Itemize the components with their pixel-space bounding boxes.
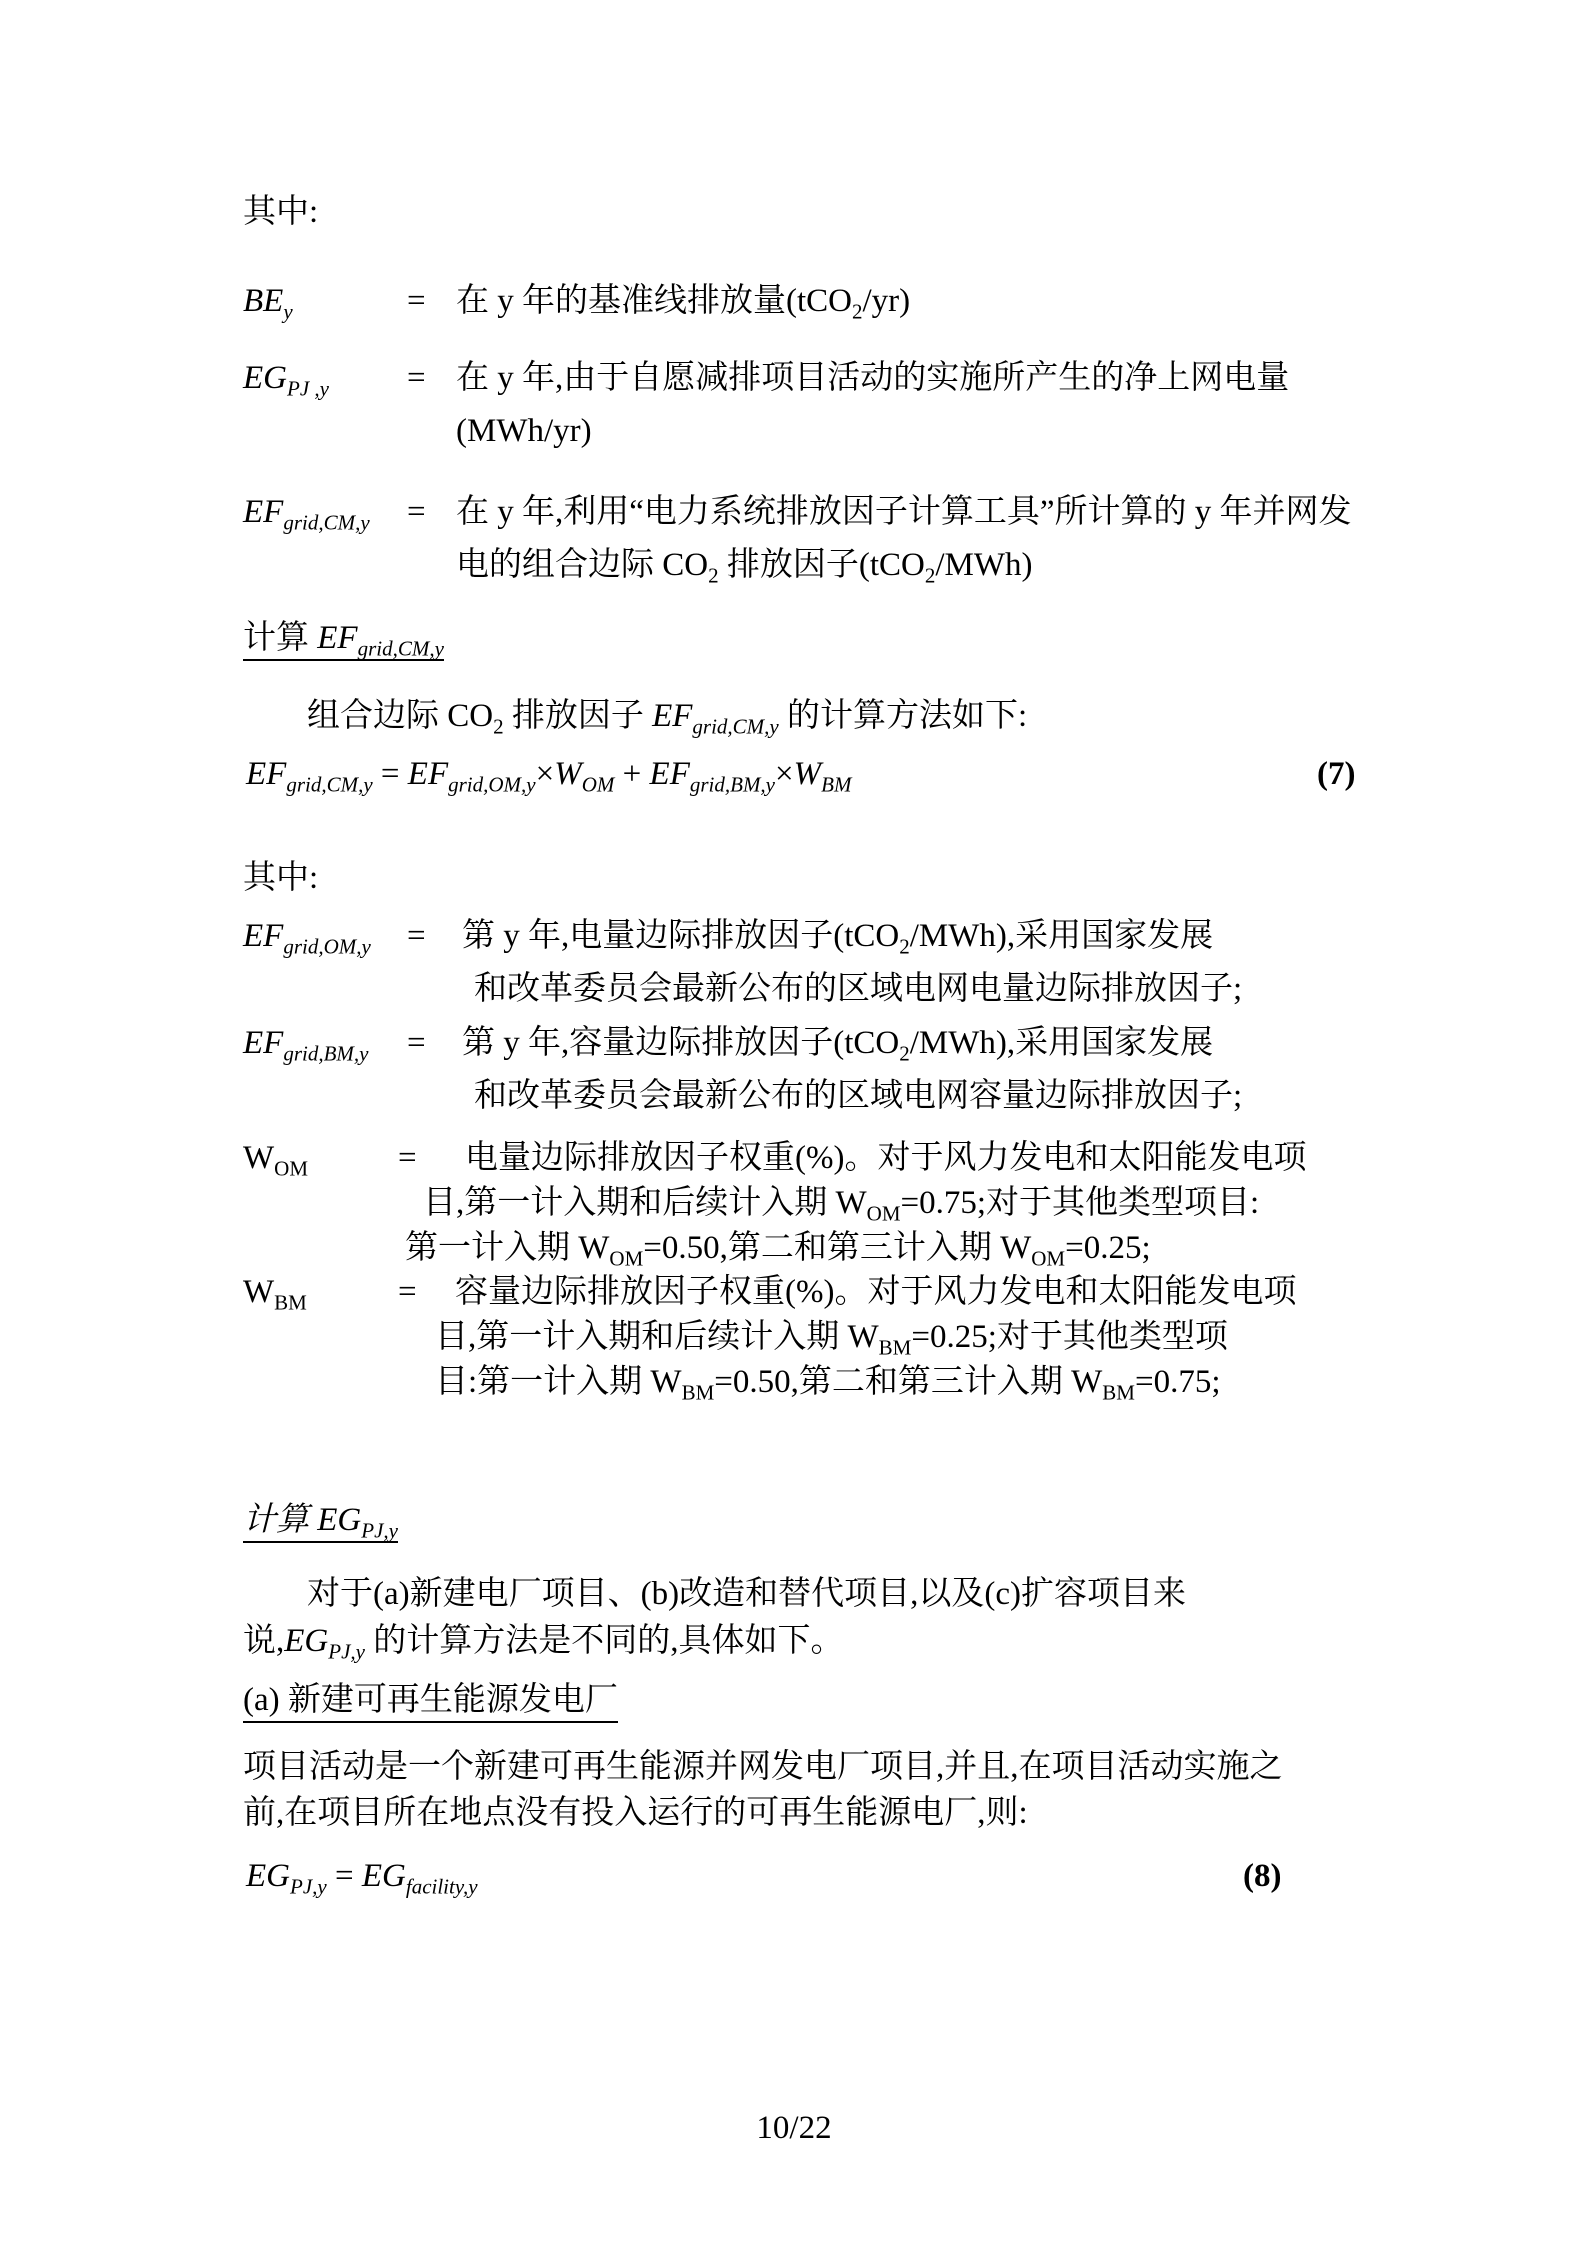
definition-line: 目:第一计入期 WBM=0.50,第二和第三计入期 WBM=0.75; bbox=[435, 1360, 1373, 1405]
term-ef-grid-bm-y: EFgrid,BM,y bbox=[243, 1017, 368, 1070]
equals-sign: = bbox=[407, 352, 426, 405]
subsection-heading-new-renewable-plant: (a) 新建可再生能源发电厂 bbox=[243, 1684, 618, 1723]
where-label-1: 其中: bbox=[243, 196, 318, 229]
equation-7: EFgrid,CM,y = EFgrid,OM,y×WOM + EFgrid,B… bbox=[246, 753, 1588, 795]
where-label-2: 其中: bbox=[243, 862, 318, 895]
definition-line: 在 y 年,由于自愿减排项目活动的实施所产生的净上网电量 bbox=[456, 352, 1373, 405]
definition-text: 电量边际排放因子权重(%)。对于风力发电和太阳能发电项 目,第一计入期和后续计入… bbox=[405, 1136, 1373, 1271]
definition-text: 在 y 年,利用“电力系统排放因子计算工具”所计算的 y 年并网发 电的组合边际… bbox=[456, 486, 1373, 592]
paragraph-line: 前,在项目所在地点没有投入运行的可再生能源电厂,则: bbox=[243, 1790, 1283, 1836]
section-heading-calc-ef-grid-cm-y: 计算 EFgrid,CM,y bbox=[243, 622, 444, 661]
page-number: 10/22 bbox=[0, 2110, 1588, 2146]
paragraph-line: 项目活动是一个新建可再生能源并网发电厂项目,并且,在项目活动实施之 bbox=[243, 1744, 1283, 1790]
paragraph-line: 说,EGPJ,y 的计算方法是不同的,具体如下。 bbox=[243, 1618, 1186, 1665]
document-page: 其中: BEy = 在 y 年的基准线排放量(tCO2/yr) EGPJ ,y … bbox=[0, 0, 1588, 2245]
equation-8-number: (8) bbox=[1243, 1855, 1281, 1897]
definition-row-eg-pj-y: EGPJ ,y = 在 y 年,由于自愿减排项目活动的实施所产生的净上网电量 (… bbox=[243, 352, 1373, 458]
definition-line: 在 y 年,利用“电力系统排放因子计算工具”所计算的 y 年并网发 bbox=[456, 486, 1373, 539]
definition-line: (MWh/yr) bbox=[456, 405, 1373, 458]
definition-line: 电量边际排放因子权重(%)。对于风力发电和太阳能发电项 bbox=[405, 1136, 1373, 1181]
definition-text: 容量边际排放因子权重(%)。对于风力发电和太阳能发电项 目,第一计入期和后续计入… bbox=[435, 1270, 1373, 1405]
definition-row-ef-grid-bm-y: EFgrid,BM,y = 第 y 年,容量边际排放因子(tCO2/MWh),采… bbox=[243, 1017, 1373, 1123]
definition-line: 和改革委员会最新公布的区域电网电量边际排放因子; bbox=[456, 963, 1373, 1016]
definition-line: 第 y 年,容量边际排放因子(tCO2/MWh),采用国家发展 bbox=[456, 1017, 1373, 1070]
equals-sign: = bbox=[407, 486, 426, 539]
definition-text: 第 y 年,电量边际排放因子(tCO2/MWh),采用国家发展 和改革委员会最新… bbox=[456, 910, 1373, 1016]
equation-8-formula: EGPJ,y = EGfacility,y bbox=[246, 1858, 478, 1894]
equals-sign: = bbox=[407, 275, 426, 328]
term-w-bm: WBM bbox=[243, 1270, 307, 1315]
definition-row-w-bm: WBM = 容量边际排放因子权重(%)。对于风力发电和太阳能发电项 目,第一计入… bbox=[243, 1270, 1373, 1405]
equation-7-formula: EFgrid,CM,y = EFgrid,OM,y×WOM + EFgrid,B… bbox=[246, 756, 851, 792]
paragraph-eg-calculation-intro: 对于(a)新建电厂项目、(b)改造和替代项目,以及(c)扩容项目来 说,EGPJ… bbox=[243, 1571, 1186, 1665]
section-heading-calc-eg-pj-y: 计算 EGPJ,y bbox=[243, 1504, 398, 1543]
equation-8: EGPJ,y = EGfacility,y (8) bbox=[246, 1855, 1588, 1897]
equals-sign: = bbox=[407, 910, 426, 963]
equation-7-number: (7) bbox=[1317, 753, 1355, 795]
definition-line: 目,第一计入期和后续计入期 WOM=0.75;对于其他类型项目: bbox=[405, 1181, 1373, 1226]
definition-row-be-y: BEy = 在 y 年的基准线排放量(tCO2/yr) bbox=[243, 275, 1373, 328]
equals-sign: = bbox=[407, 1017, 426, 1070]
paragraph-line: 对于(a)新建电厂项目、(b)改造和替代项目,以及(c)扩容项目来 bbox=[243, 1571, 1186, 1618]
paragraph-cm-method-intro: 组合边际 CO2 排放因子 EFgrid,CM,y 的计算方法如下: bbox=[307, 700, 1027, 733]
definition-row-w-om: WOM = 电量边际排放因子权重(%)。对于风力发电和太阳能发电项 目,第一计入… bbox=[243, 1136, 1373, 1271]
definition-line: 和改革委员会最新公布的区域电网容量边际排放因子; bbox=[456, 1070, 1373, 1123]
paragraph-new-plant-condition: 项目活动是一个新建可再生能源并网发电厂项目,并且,在项目活动实施之 前,在项目所… bbox=[243, 1744, 1283, 1836]
term-ef-grid-om-y: EFgrid,OM,y bbox=[243, 910, 371, 963]
term-ef-grid-cm-y: EFgrid,CM,y bbox=[243, 486, 370, 539]
definition-line: 第 y 年,电量边际排放因子(tCO2/MWh),采用国家发展 bbox=[456, 910, 1373, 963]
definition-line: 在 y 年的基准线排放量(tCO2/yr) bbox=[456, 275, 1373, 328]
equals-sign: = bbox=[398, 1270, 417, 1315]
definition-row-ef-grid-cm-y: EFgrid,CM,y = 在 y 年,利用“电力系统排放因子计算工具”所计算的… bbox=[243, 486, 1373, 592]
term-eg-pj-y: EGPJ ,y bbox=[243, 352, 329, 405]
definition-text: 在 y 年的基准线排放量(tCO2/yr) bbox=[456, 275, 1373, 328]
term-w-om: WOM bbox=[243, 1136, 308, 1181]
definition-text: 在 y 年,由于自愿减排项目活动的实施所产生的净上网电量 (MWh/yr) bbox=[456, 352, 1373, 458]
definition-row-ef-grid-om-y: EFgrid,OM,y = 第 y 年,电量边际排放因子(tCO2/MWh),采… bbox=[243, 910, 1373, 1016]
definition-text: 第 y 年,容量边际排放因子(tCO2/MWh),采用国家发展 和改革委员会最新… bbox=[456, 1017, 1373, 1123]
definition-line: 第一计入期 WOM=0.50,第二和第三计入期 WOM=0.25; bbox=[405, 1226, 1373, 1271]
equals-sign: = bbox=[398, 1136, 417, 1181]
term-be-y: BEy bbox=[243, 275, 293, 328]
definition-line: 电的组合边际 CO2 排放因子(tCO2/MWh) bbox=[456, 539, 1373, 592]
definition-line: 容量边际排放因子权重(%)。对于风力发电和太阳能发电项 bbox=[435, 1270, 1373, 1315]
definition-line: 目,第一计入期和后续计入期 WBM=0.25;对于其他类型项 bbox=[435, 1315, 1373, 1360]
